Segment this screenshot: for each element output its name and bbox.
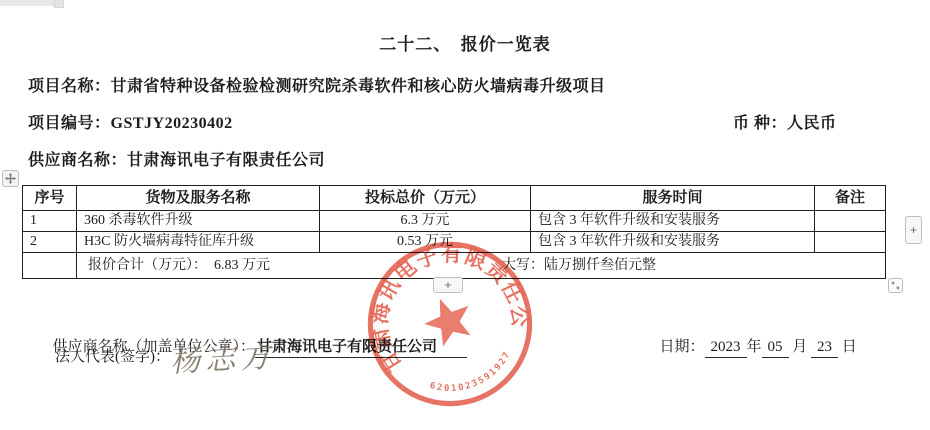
legal-rep-label: 法人代表(签字)： bbox=[55, 345, 170, 366]
diagonal-resize-icon bbox=[891, 281, 900, 290]
date-month: 05 bbox=[762, 339, 789, 358]
header-service: 服务时间 bbox=[531, 186, 815, 211]
table-resize-handle[interactable] bbox=[888, 278, 903, 293]
project-name-line: 项目名称：甘肃省特种设备检验检测研究院杀毒软件和核心防火墙病毒升级项目 bbox=[28, 73, 606, 96]
supplier-line: 供应商名称：甘肃海讯电子有限责任公司 bbox=[28, 147, 325, 170]
currency-line: 币 种：人民币 bbox=[733, 110, 837, 133]
table-move-handle[interactable] bbox=[2, 170, 19, 187]
row1-service: 包含 3 年软件升级和安装服务 bbox=[531, 211, 815, 232]
total-amount: 报价合计（万元）： 6.83 万元 bbox=[88, 259, 270, 273]
row1-price: 6.3 万元 bbox=[320, 211, 531, 232]
date-year-unit: 年 bbox=[747, 339, 762, 355]
header-price: 投标总价（万元） bbox=[320, 186, 531, 211]
header-note: 备注 bbox=[815, 186, 886, 211]
row1-seq: 1 bbox=[23, 211, 77, 232]
table-row: 1 360 杀毒软件升级 6.3 万元 包含 3 年软件升级和安装服务 bbox=[23, 211, 886, 232]
plus-icon: + bbox=[910, 224, 917, 236]
footer-date-line: 日期：2023年05 月 23 日 bbox=[652, 318, 857, 356]
row1-note bbox=[815, 211, 886, 232]
row2-goods: H3C 防火墙病毒特征库升级 bbox=[77, 232, 320, 253]
row2-seq: 2 bbox=[23, 232, 77, 253]
window-edge-artifact bbox=[0, 0, 56, 6]
seal-star-icon bbox=[418, 290, 479, 350]
row2-service: 包含 3 年软件升级和安装服务 bbox=[531, 232, 815, 253]
company-seal-stamp: 甘肃海讯电子有限责任公司 6201023591927 bbox=[361, 235, 539, 413]
date-day: 23 bbox=[811, 339, 838, 358]
move-icon bbox=[5, 173, 16, 184]
row1-goods: 360 杀毒软件升级 bbox=[77, 211, 320, 232]
row2-note bbox=[815, 232, 886, 253]
seal-serial-text: 6201023591927 bbox=[425, 347, 521, 406]
date-day-unit: 日 bbox=[842, 339, 857, 355]
page-title: 二十二、 报价一览表 bbox=[0, 30, 930, 55]
project-code-line: 项目编号：GSTJY20230402 bbox=[28, 110, 233, 133]
window-edge-chip bbox=[54, 0, 64, 8]
date-month-unit: 月 bbox=[792, 339, 807, 355]
plus-icon: + bbox=[444, 279, 451, 291]
header-seq: 序号 bbox=[23, 186, 77, 211]
header-goods: 货物及服务名称 bbox=[77, 186, 320, 211]
date-year: 2023 bbox=[705, 339, 747, 358]
table-header-row: 序号 货物及服务名称 投标总价（万元） 服务时间 备注 bbox=[23, 186, 886, 211]
date-label: 日期： bbox=[660, 339, 705, 355]
total-empty-cell bbox=[23, 253, 77, 279]
svg-text:6201023591927: 6201023591927 bbox=[425, 347, 521, 406]
handwritten-signature: 杨志方 bbox=[169, 331, 276, 380]
insert-row-button[interactable]: + bbox=[433, 277, 463, 293]
insert-column-button[interactable]: + bbox=[905, 216, 922, 244]
